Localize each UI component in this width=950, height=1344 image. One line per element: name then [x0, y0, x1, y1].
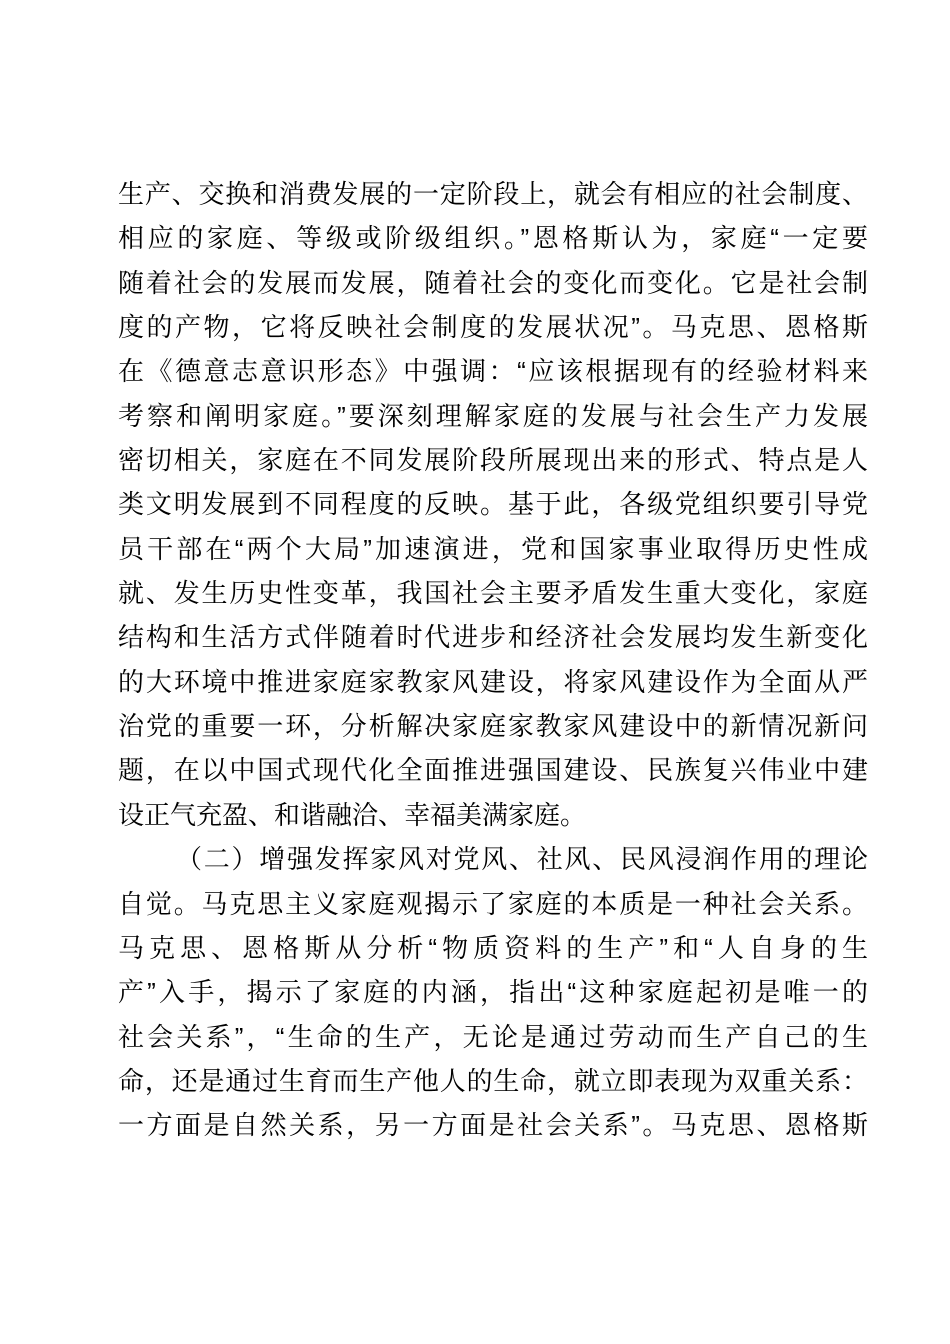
text-line: 马克思、恩格斯从分析“物质资料的生产”和“人自身的生 — [118, 926, 868, 970]
text-line: 结构和生活方式伴随着时代进步和经济社会发展均发生新变化 — [118, 615, 868, 659]
text-line: 相应的家庭、等级或阶级组织。”恩格斯认为，家庭“一定要 — [118, 216, 868, 260]
text-line: 自觉。马克思主义家庭观揭示了家庭的本质是一种社会关系。 — [118, 882, 868, 926]
text-line: 类文明发展到不同程度的反映。基于此，各级党组织要引导党 — [118, 482, 868, 526]
text-line: 一方面是自然关系，另一方面是社会关系”。马克思、恩格斯 — [118, 1103, 868, 1147]
text-line: 密切相关，家庭在不同发展阶段所展现出来的形式、特点是人 — [118, 438, 868, 482]
text-line: 考察和阐明家庭。”要深刻理解家庭的发展与社会生产力发展 — [118, 394, 868, 438]
text-line: 就、发生历史性变革，我国社会主要矛盾发生重大变化，家庭 — [118, 571, 868, 615]
text-line: 员干部在“两个大局”加速演进，党和国家事业取得历史性成 — [118, 527, 868, 571]
text-line: 生产、交换和消费发展的一定阶段上，就会有相应的社会制度、 — [118, 172, 868, 216]
text-line: 命，还是通过生育而生产他人的生命，就立即表现为双重关系： — [118, 1059, 868, 1103]
text-line: 随着社会的发展而发展，随着社会的变化而变化。它是社会制 — [118, 261, 868, 305]
text-line: 社会关系”，“生命的生产，无论是通过劳动而生产自己的生 — [118, 1015, 868, 1059]
text-line: 题，在以中国式现代化全面推进强国建设、民族复兴伟业中建 — [118, 748, 868, 792]
text-line: 治党的重要一环，分析解决家庭家教家风建设中的新情况新问 — [118, 704, 868, 748]
text-line: 度的产物，它将反映社会制度的发展状况”。马克思、恩格斯 — [118, 305, 868, 349]
text-line: 的大环境中推进家庭家教家风建设，将家风建设作为全面从严 — [118, 660, 868, 704]
text-body: 生产、交换和消费发展的一定阶段上，就会有相应的社会制度、相应的家庭、等级或阶级组… — [118, 172, 868, 1148]
text-line: 设正气充盈、和谐融洽、幸福美满家庭。 — [118, 793, 868, 837]
text-line: （二）增强发挥家风对党风、社风、民风浸润作用的理论 — [118, 837, 868, 881]
document-page: 生产、交换和消费发展的一定阶段上，就会有相应的社会制度、相应的家庭、等级或阶级组… — [0, 0, 950, 1344]
text-line: 在《德意志意识形态》中强调：“应该根据现有的经验材料来 — [118, 349, 868, 393]
text-line: 产”入手，揭示了家庭的内涵，指出“这种家庭起初是唯一的 — [118, 970, 868, 1014]
